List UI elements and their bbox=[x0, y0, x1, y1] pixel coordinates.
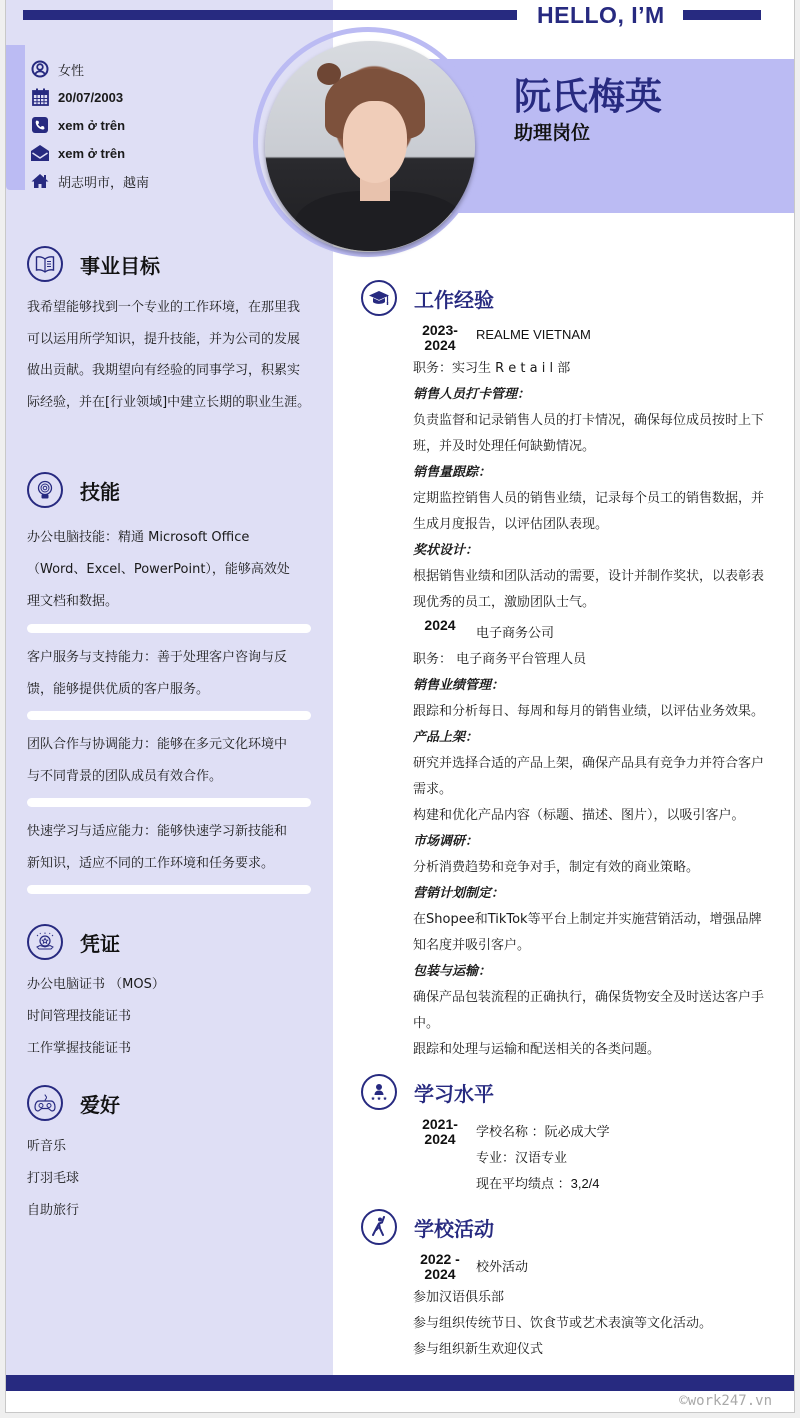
duty-heading: 销售业绩管理： bbox=[413, 674, 504, 693]
skill-item: 快速学习与适应能力：能够快速学习新技能和 新知识，适应不同的工作环境和任务要求。 bbox=[27, 816, 319, 880]
contact-accent-bar bbox=[6, 45, 25, 190]
section-title: 技能 bbox=[80, 476, 120, 505]
duty-text: 负责监督和记录销售人员的打卡情况，确保每位成员按时上下 bbox=[413, 409, 764, 428]
certificate-list: 办公电脑证书 （MOS） 时间管理技能证书 工作掌握技能证书 bbox=[27, 969, 165, 1065]
watermark: ©work247.vn bbox=[679, 1393, 772, 1409]
duty-text: 研究并选择合适的产品上架，确保产品具有竞争力并符合客户 bbox=[413, 752, 764, 771]
calendar-icon bbox=[31, 88, 49, 106]
header-rule-right bbox=[683, 10, 761, 20]
gpa: 现在平均绩点 ：3,2/4 bbox=[476, 1173, 600, 1192]
certificates-heading: 凭证 bbox=[27, 924, 120, 960]
contact-text: 女性 bbox=[58, 60, 84, 79]
section-title: 事业目标 bbox=[80, 250, 160, 279]
hello-heading: HELLO, I’M bbox=[537, 2, 665, 29]
objective-heading: 事业目标 bbox=[27, 246, 160, 282]
duty-text: 确保产品包装流程的正确执行，确保货物安全及时送达客户手 bbox=[413, 986, 764, 1005]
activity-item: 参与组织传统节日、饮食节或艺术表演等文化活动。 bbox=[413, 1312, 712, 1331]
graduation-cap-icon bbox=[361, 280, 397, 316]
contact-text: 胡志明市，越南 bbox=[58, 172, 149, 191]
contact-text: xem ở trên bbox=[58, 146, 125, 161]
section-title: 学校活动 bbox=[414, 1213, 494, 1242]
section-title: 学习水平 bbox=[414, 1078, 494, 1107]
activity-period: 2022 - 2024 bbox=[414, 1252, 466, 1282]
certificate-item: 办公电脑证书 （MOS） bbox=[27, 969, 165, 1001]
book-icon bbox=[27, 246, 63, 282]
header-rule-left bbox=[23, 10, 517, 20]
user-icon bbox=[31, 60, 49, 78]
skill-item: 团队合作与协调能力：能够在多元文化环境中 与不同背景的团队成员有效合作。 bbox=[27, 729, 319, 793]
section-title: 爱好 bbox=[80, 1089, 120, 1118]
duty-text: 定期监控销售人员的销售业绩，记录每个员工的销售数据，并 bbox=[413, 487, 764, 506]
lightbulb-icon bbox=[27, 472, 63, 508]
skill-item: 客户服务与支持能力：善于处理客户咨询与反 馈，能够提供优质的客户服务。 bbox=[27, 642, 319, 706]
duty-heading: 市场调研： bbox=[413, 830, 478, 849]
profile-photo bbox=[265, 41, 475, 251]
duty-text: 班，并及时处理任何缺勤情况。 bbox=[413, 435, 595, 454]
job-position: 职务：实习生 R e t a i l 部 bbox=[413, 357, 570, 376]
duty-heading: 奖状设计： bbox=[413, 539, 478, 558]
duty-text: 需求。 bbox=[413, 778, 452, 797]
job-period: 2024 bbox=[414, 618, 466, 633]
skill-item: 办公电脑技能：精通 Microsoft Office （Word、Excel、P… bbox=[27, 522, 319, 618]
contact-text: xem ở trên bbox=[58, 118, 125, 133]
major: 专业：汉语专业 bbox=[476, 1147, 567, 1166]
duty-text: 在Shopee和TikTok等平台上制定并实施营销活动，增强品牌 bbox=[413, 908, 762, 927]
certificate-item: 时间管理技能证书 bbox=[27, 1001, 165, 1033]
contact-birthday: 20/07/2003 bbox=[31, 83, 149, 111]
contact-address: 胡志明市，越南 bbox=[31, 167, 149, 195]
phone-icon bbox=[31, 116, 49, 134]
section-title: 凭证 bbox=[80, 928, 120, 957]
experience-heading: 工作经验 bbox=[361, 280, 494, 316]
duty-text: 分析消费趋势和竞争对手，制定有效的商业策略。 bbox=[413, 856, 699, 875]
duty-text: 生成月度报告，以评估团队表现。 bbox=[413, 513, 608, 532]
activity-org: 校外活动 bbox=[476, 1256, 528, 1275]
home-icon bbox=[31, 172, 49, 190]
activity-item: 参与组织新生欢迎仪式 bbox=[413, 1338, 543, 1357]
education-period: 2021- 2024 bbox=[414, 1117, 466, 1147]
hobby-list: 听音乐 打羽毛球 自助旅行 bbox=[27, 1131, 79, 1227]
company-name: 电子商务公司 bbox=[476, 622, 554, 641]
certificate-item: 工作掌握技能证书 bbox=[27, 1033, 165, 1065]
skills-heading: 技能 bbox=[27, 472, 120, 508]
job-period: 2023- 2024 bbox=[414, 323, 466, 353]
hobby-item: 听音乐 bbox=[27, 1131, 79, 1163]
candidate-name: 阮氏梅英 bbox=[514, 66, 662, 120]
skill-level-bar bbox=[27, 624, 311, 633]
contact-text: 20/07/2003 bbox=[58, 90, 123, 105]
activity-item: 参加汉语俱乐部 bbox=[413, 1286, 504, 1305]
skill-level-bar bbox=[27, 711, 311, 720]
person-activity-icon bbox=[361, 1209, 397, 1245]
duty-text: 根据销售业绩和团队活动的需要，设计并制作奖状，以表彰表 bbox=[413, 565, 764, 584]
duty-text: 现优秀的员工，激励团队士气。 bbox=[413, 591, 595, 610]
duty-text: 跟踪和分析每日、每周和每月的销售业绩，以评估业务效果。 bbox=[413, 700, 764, 719]
envelope-icon bbox=[31, 144, 49, 162]
job-position: 职务： 电子商务平台管理人员 bbox=[413, 648, 586, 667]
footer-bar bbox=[6, 1375, 795, 1391]
gamepad-icon bbox=[27, 1085, 63, 1121]
company-name: REALME VIETNAM bbox=[476, 327, 591, 342]
school-name: 学校名称 ：阮必成大学 bbox=[476, 1121, 610, 1140]
contact-gender: 女性 bbox=[31, 55, 149, 83]
objective-text: 我希望能够找到一个专业的工作环境，在那里我 可以运用所学知识，提升技能，并为公司… bbox=[27, 292, 319, 418]
student-icon bbox=[361, 1074, 397, 1110]
duty-text: 跟踪和处理与运输和配送相关的各类问题。 bbox=[413, 1038, 660, 1057]
activities-heading: 学校活动 bbox=[361, 1209, 494, 1245]
duty-heading: 销售人员打卡管理： bbox=[413, 383, 530, 402]
duty-text: 知名度并吸引客户。 bbox=[413, 934, 530, 953]
duty-text: 中。 bbox=[413, 1012, 439, 1031]
duty-heading: 产品上架： bbox=[413, 726, 478, 745]
skill-level-bar bbox=[27, 885, 311, 894]
duty-heading: 包装与运输： bbox=[413, 960, 491, 979]
contact-list: 女性 20/07/2003 xem ở trên xem ở trên 胡志明市… bbox=[31, 55, 149, 195]
duty-text: 构建和优化产品内容（标题、描述、图片），以吸引客户。 bbox=[413, 804, 745, 823]
hobby-item: 自助旅行 bbox=[27, 1195, 79, 1227]
section-title: 工作经验 bbox=[414, 284, 494, 313]
resume-page: HELLO, I’M 女性 20/07/2003 xem ở trên xem bbox=[5, 0, 795, 1413]
duty-heading: 营销计划制定： bbox=[413, 882, 504, 901]
candidate-role: 助理岗位 bbox=[514, 118, 590, 145]
duty-heading: 销售量跟踪： bbox=[413, 461, 491, 480]
skill-level-bar bbox=[27, 798, 311, 807]
award-icon bbox=[27, 924, 63, 960]
hobbies-heading: 爱好 bbox=[27, 1085, 120, 1121]
contact-email: xem ở trên bbox=[31, 139, 149, 167]
hobby-item: 打羽毛球 bbox=[27, 1163, 79, 1195]
education-heading: 学习水平 bbox=[361, 1074, 494, 1110]
contact-phone: xem ở trên bbox=[31, 111, 149, 139]
